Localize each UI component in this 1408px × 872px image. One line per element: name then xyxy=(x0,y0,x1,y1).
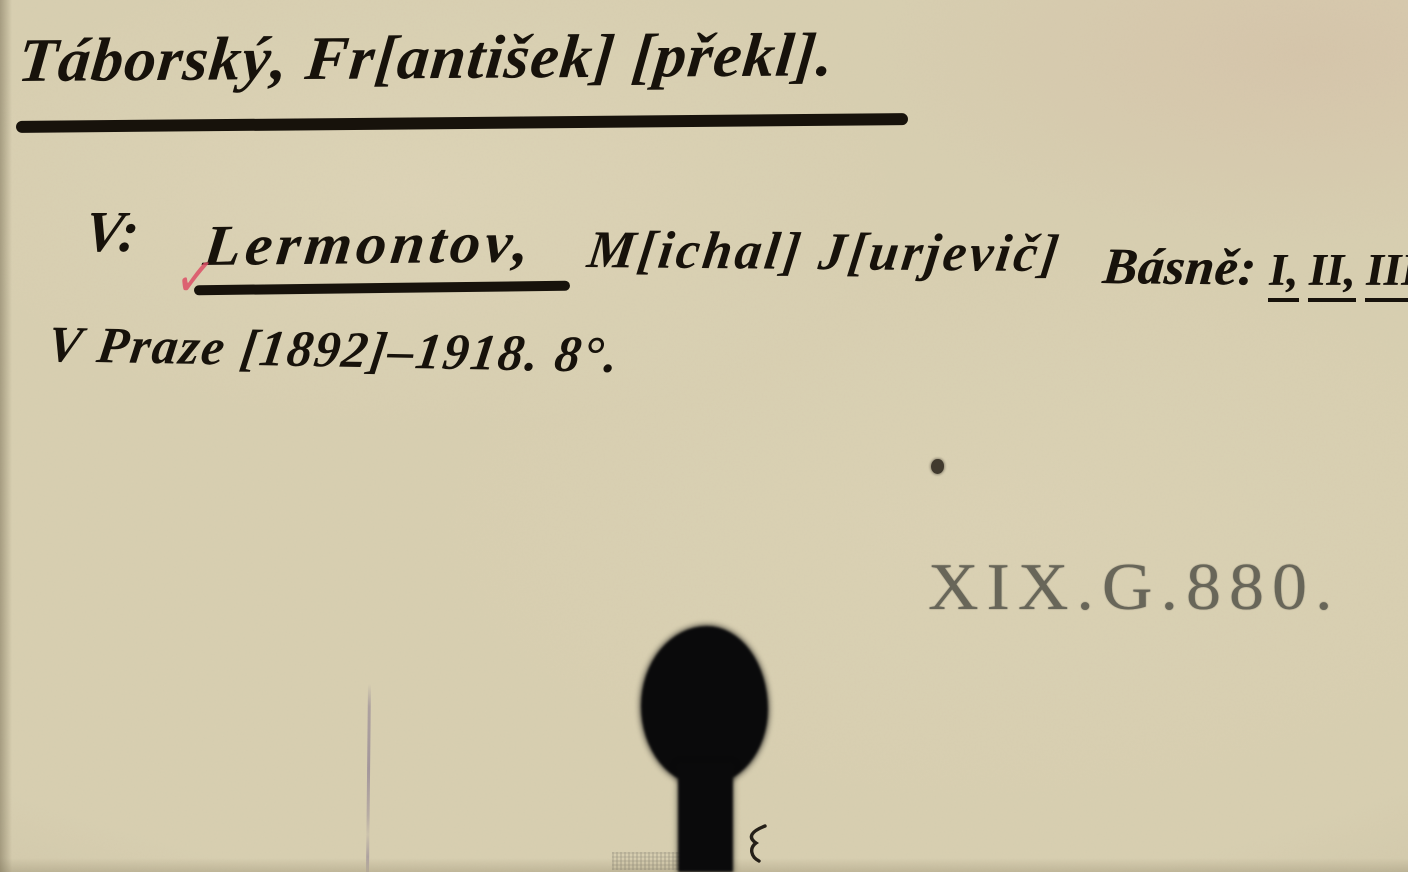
volume-numeral: I, xyxy=(1268,244,1299,302)
entry-author-forenames: M[ichal] J[urjevič] xyxy=(584,220,1065,284)
scan-left-edge-shadow xyxy=(0,0,12,872)
entry-work-title: Básně: xyxy=(1100,238,1259,298)
pen-squiggle-icon xyxy=(742,822,772,864)
pencil-line-mark xyxy=(366,684,371,872)
halftone-scan-artifact xyxy=(612,852,684,870)
author-underline-stroke xyxy=(194,281,570,296)
volume-numeral: II, xyxy=(1308,244,1356,302)
entry-volume-numerals: I, II, III. xyxy=(1268,244,1408,302)
heading-underline-stroke xyxy=(16,113,908,133)
red-checkmark-icon: ✓ xyxy=(171,241,219,313)
catalog-card-scan: Táborský, Fr[antišek] [překl]. V: Lermon… xyxy=(0,0,1408,872)
volume-numeral: III. xyxy=(1365,244,1408,302)
entry-prefix: V: xyxy=(81,198,144,265)
imprint-line: V Praze [1892]–1918. 8°. xyxy=(44,316,624,385)
heading-author-name: Táborský, Fr[antišek] [překl]. xyxy=(15,20,837,97)
entry-author-surname: Lermontov, xyxy=(200,209,537,279)
shelfmark-stamp: XIX.G.880. xyxy=(928,550,1340,627)
ink-speck xyxy=(931,459,944,474)
rod-hole-oval xyxy=(641,626,768,786)
rod-hole-slot xyxy=(678,764,733,872)
